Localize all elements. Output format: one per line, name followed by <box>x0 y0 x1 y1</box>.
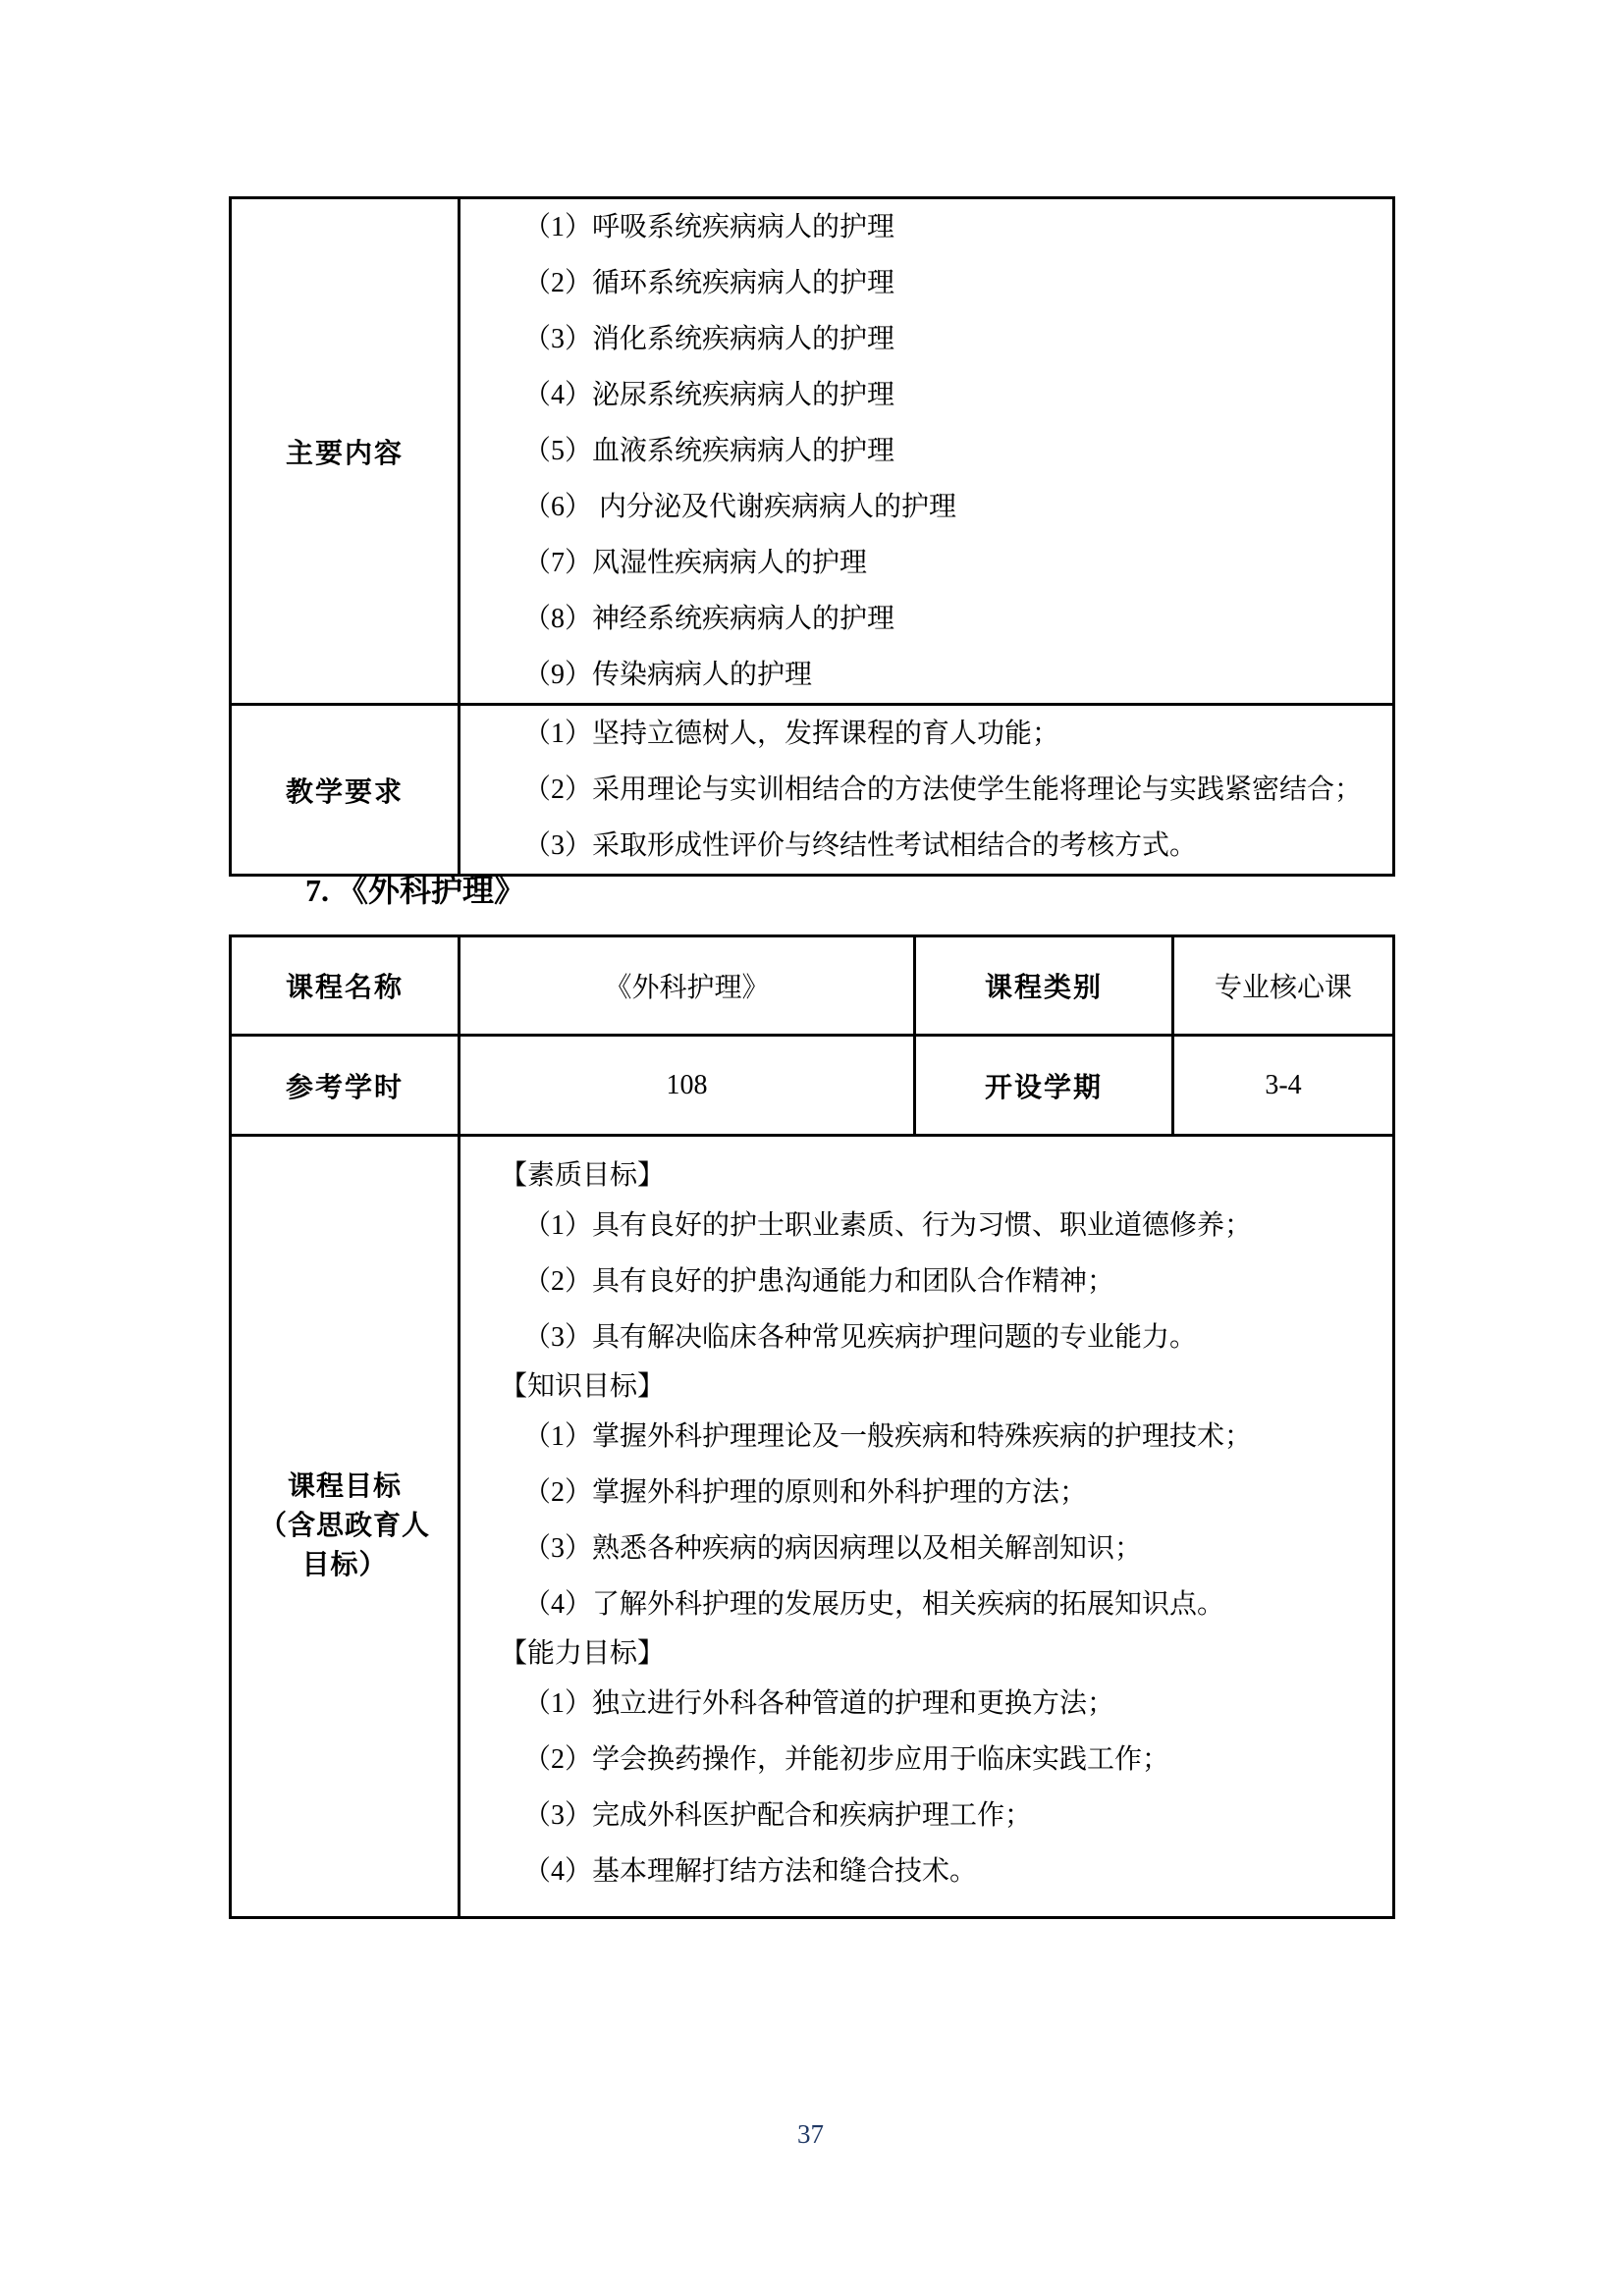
goal-item: （3）具有解决临床各种常见疾病护理问题的专业能力。 <box>523 1309 1377 1365</box>
goal-item: （1）掌握外科护理理论及一般疾病和特殊疾病的护理技术； <box>523 1409 1377 1465</box>
goal-item: （1）具有良好的护士职业素质、行为习惯、职业道德修养； <box>523 1198 1377 1254</box>
semester-value: 3-4 <box>1173 1036 1394 1136</box>
quality-goals-header: 【素质目标】 <box>500 1154 1377 1198</box>
content-item: （2）循环系统疾病病人的护理 <box>523 255 1377 311</box>
goal-item: （2）学会换药操作，并能初步应用于临床实践工作； <box>523 1732 1377 1788</box>
goal-item: （4）了解外科护理的发展历史，相关疾病的拓展知识点。 <box>523 1576 1377 1632</box>
section-heading: 7. 《外科护理》 <box>305 868 525 913</box>
ability-goals-header: 【能力目标】 <box>500 1632 1377 1676</box>
content-item: （9）传染病病人的护理 <box>523 647 1377 703</box>
course-content-table: 主要内容 （1）呼吸系统疾病病人的护理 （2）循环系统疾病病人的护理 （3）消化… <box>229 196 1395 877</box>
teaching-requirements-cell: （1）坚持立德树人，发挥课程的育人功能； （2）采用理论与实训相结合的方法使学生… <box>460 705 1394 876</box>
content-item: （4）泌尿系统疾病病人的护理 <box>523 367 1377 423</box>
course-goals-label: 课程目标 （含思政育人 目标） <box>231 1136 460 1918</box>
goal-item: （2）掌握外科护理的原则和外科护理的方法； <box>523 1465 1377 1521</box>
course-goals-label-line: 课程目标 <box>232 1468 458 1507</box>
reference-hours-label: 参考学时 <box>231 1036 460 1136</box>
requirement-item: （1）坚持立德树人，发挥课程的育人功能； <box>523 706 1377 762</box>
document-page: 主要内容 （1）呼吸系统疾病病人的护理 （2）循环系统疾病病人的护理 （3）消化… <box>0 0 1624 2296</box>
content-item: （7）风湿性疾病病人的护理 <box>523 535 1377 591</box>
course-type-value: 专业核心课 <box>1173 936 1394 1036</box>
table-row-teaching-requirements: 教学要求 （1）坚持立德树人，发挥课程的育人功能； （2）采用理论与实训相结合的… <box>231 705 1394 876</box>
goal-item: （4）基本理解打结方法和缝合技术。 <box>523 1843 1377 1899</box>
reference-hours-value: 108 <box>460 1036 915 1136</box>
requirement-item: （2）采用理论与实训相结合的方法使学生能将理论与实践紧密结合； <box>523 762 1377 818</box>
course-name-label: 课程名称 <box>231 936 460 1036</box>
main-content-cell: （1）呼吸系统疾病病人的护理 （2）循环系统疾病病人的护理 （3）消化系统疾病病… <box>460 198 1394 705</box>
table-row-course-name: 课程名称 《外科护理》 课程类别 专业核心课 <box>231 936 1394 1036</box>
table-row-course-hours: 参考学时 108 开设学期 3-4 <box>231 1036 1394 1136</box>
course-goals-label-line: 目标） <box>232 1546 458 1585</box>
goal-item: （2）具有良好的护患沟通能力和团队合作精神； <box>523 1254 1377 1309</box>
goal-item: （3）熟悉各种疾病的病因病理以及相关解剖知识； <box>523 1521 1377 1576</box>
page-number: 37 <box>229 2118 1392 2150</box>
content-item: （6） 内分泌及代谢疾病病人的护理 <box>523 479 1377 535</box>
course-type-label: 课程类别 <box>915 936 1173 1036</box>
teaching-requirements-label: 教学要求 <box>231 705 460 876</box>
course-detail-table: 课程名称 《外科护理》 课程类别 专业核心课 参考学时 108 开设学期 3-4… <box>229 934 1395 1919</box>
course-name-value: 《外科护理》 <box>460 936 915 1036</box>
content-item: （8）神经系统疾病病人的护理 <box>523 591 1377 647</box>
course-goals-cell: 【素质目标】 （1）具有良好的护士职业素质、行为习惯、职业道德修养； （2）具有… <box>460 1136 1394 1918</box>
main-content-label: 主要内容 <box>231 198 460 705</box>
requirement-item: （3）采取形成性评价与终结性考试相结合的考核方式。 <box>523 818 1377 874</box>
table-row-course-goals: 课程目标 （含思政育人 目标） 【素质目标】 （1）具有良好的护士职业素质、行为… <box>231 1136 1394 1918</box>
semester-label: 开设学期 <box>915 1036 1173 1136</box>
content-item: （3）消化系统疾病病人的护理 <box>523 311 1377 367</box>
table-row-main-content: 主要内容 （1）呼吸系统疾病病人的护理 （2）循环系统疾病病人的护理 （3）消化… <box>231 198 1394 705</box>
content-item: （5）血液系统疾病病人的护理 <box>523 423 1377 479</box>
content-item: （1）呼吸系统疾病病人的护理 <box>523 199 1377 255</box>
goal-item: （3）完成外科医护配合和疾病护理工作； <box>523 1788 1377 1843</box>
goal-item: （1）独立进行外科各种管道的护理和更换方法； <box>523 1676 1377 1732</box>
course-goals-label-line: （含思政育人 <box>232 1507 458 1546</box>
knowledge-goals-header: 【知识目标】 <box>500 1365 1377 1409</box>
